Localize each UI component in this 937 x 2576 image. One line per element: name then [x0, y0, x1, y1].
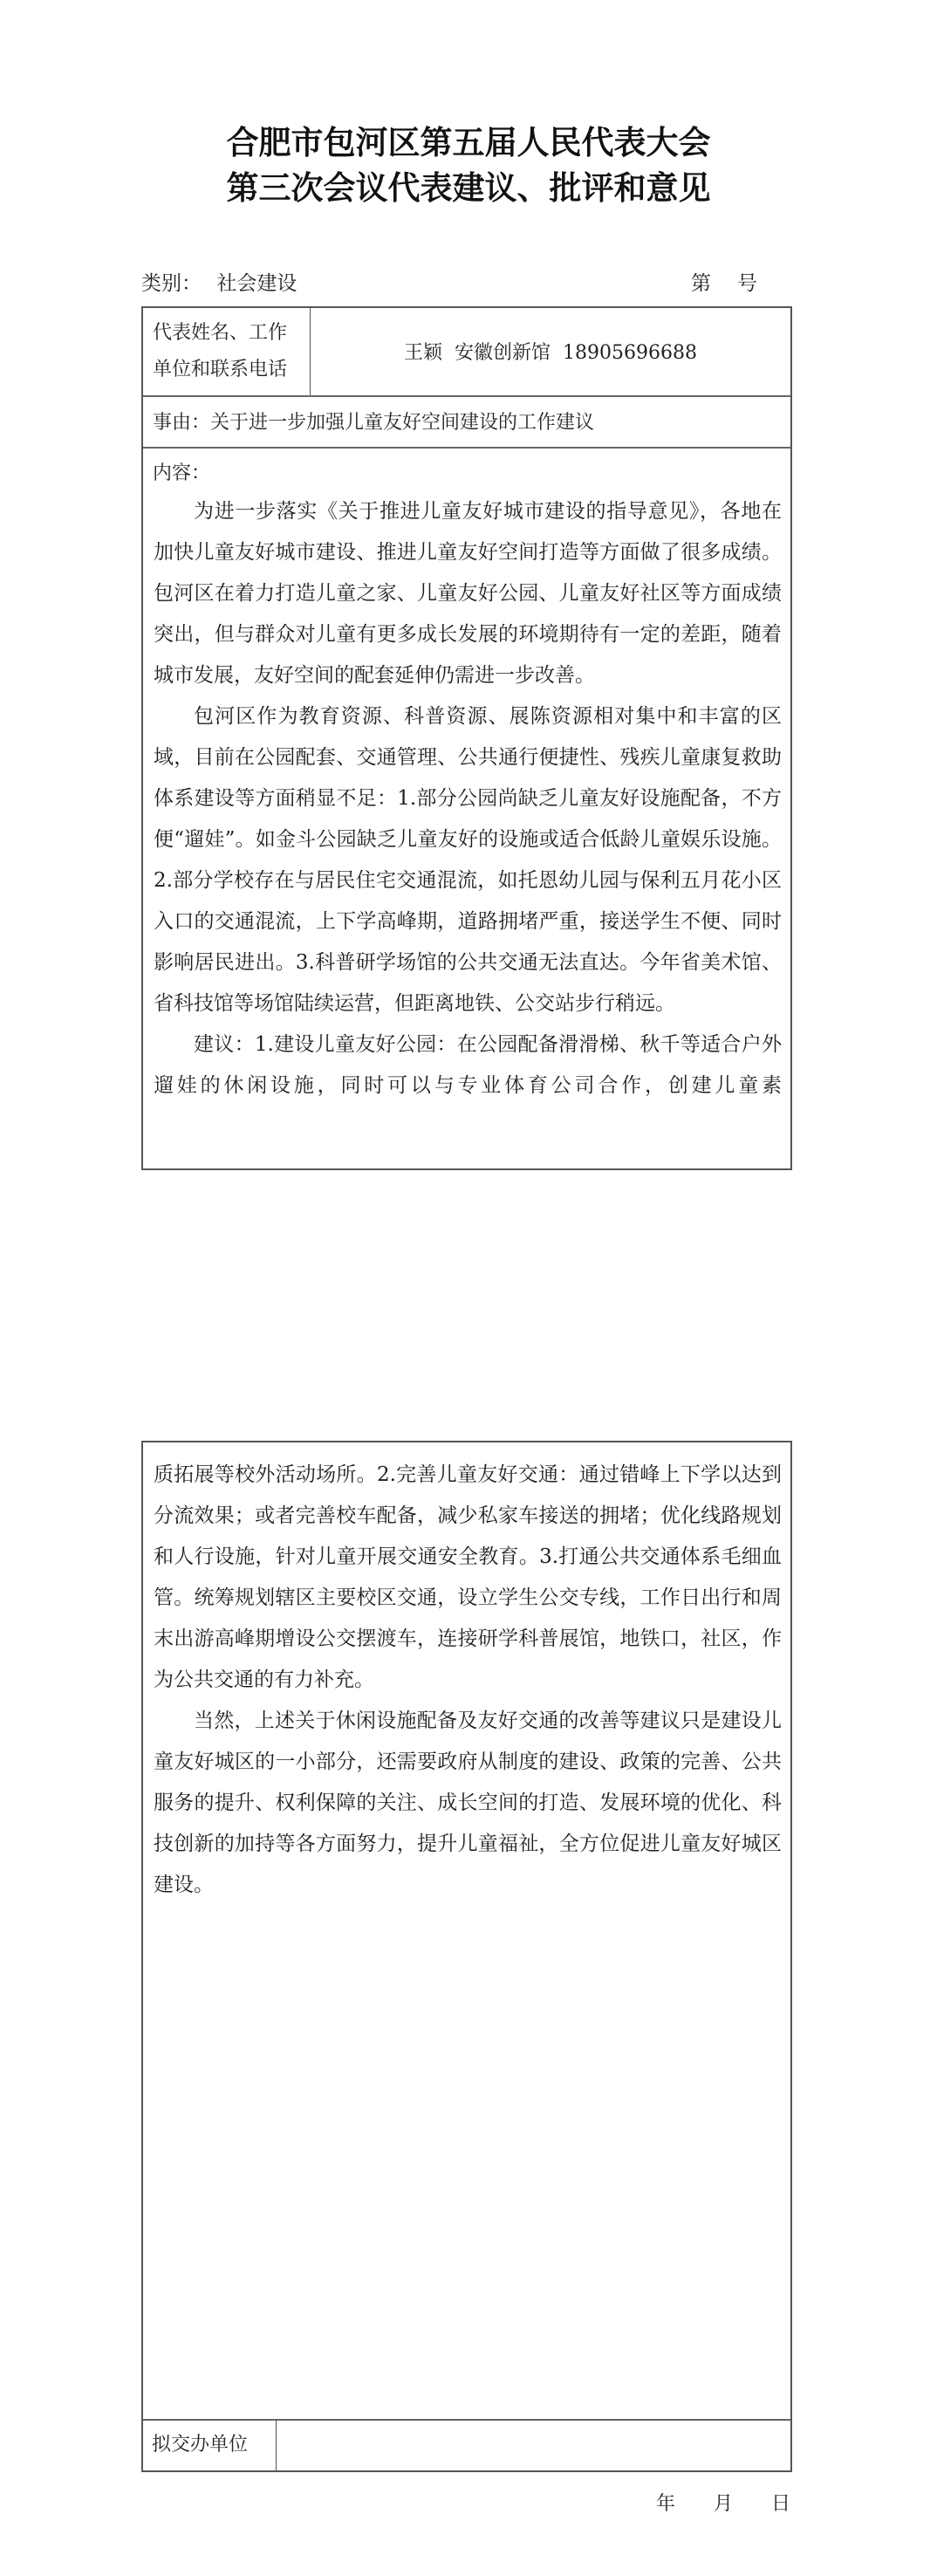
- content-paragraph: 建议：1.建设儿童友好公园：在公园配备滑滑梯、秋千等适合户外遛娃的休闲设施，同时…: [154, 1024, 782, 1106]
- row-divider: [143, 447, 790, 449]
- handling-unit-label: 拟交办单位: [152, 2429, 248, 2462]
- content-body-page2: 质拓展等校外活动场所。2.完善儿童友好交通：通过错峰上下学以达到分流效果；或者完…: [154, 1455, 782, 1906]
- row-divider: [143, 395, 790, 397]
- subject-value: 关于进一步加强儿童友好空间建设的工作建议: [210, 412, 594, 434]
- number-prefix: 第: [691, 272, 711, 295]
- content-paragraph: 包河区作为教育资源、科普资源、展陈资源相对集中和丰富的区域，目前在公园配套、交通…: [154, 696, 782, 1024]
- subject-label: 事由：: [153, 412, 210, 434]
- content-paragraph: 质拓展等校外活动场所。2.完善儿童友好交通：通过错峰上下学以达到分流效果；或者完…: [154, 1455, 782, 1701]
- representative-value: 王颖 安徽创新馆 18905696688: [311, 338, 790, 365]
- proposal-form-page1: 代表姓名、工作 单位和联系电话 王颖 安徽创新馆 18905696688 事由：…: [141, 306, 792, 1170]
- date-line: 年月日: [656, 2489, 790, 2516]
- number-suffix: 号: [737, 272, 757, 295]
- document-number-field: 第号: [691, 267, 796, 296]
- category-value: 社会建设: [216, 272, 297, 295]
- representative-label-line2: 单位和联系电话: [153, 353, 310, 387]
- proposal-form-page2: 质拓展等校外活动场所。2.完善儿童友好交通：通过错峰上下学以达到分流效果；或者完…: [141, 1441, 792, 2472]
- representative-label: 代表姓名、工作 单位和联系电话: [153, 317, 310, 387]
- year-label: 年: [656, 2493, 675, 2515]
- document-title-line1: 合肥市包河区第五届人民代表大会: [0, 116, 937, 163]
- month-label: 月: [714, 2493, 733, 2515]
- column-divider: [276, 2420, 277, 2472]
- category-label: 类别：: [141, 272, 202, 295]
- content-label: 内容：: [153, 458, 210, 485]
- day-label: 日: [771, 2493, 790, 2515]
- document-title-line2: 第三次会议代表建议、批评和意见: [0, 161, 937, 209]
- subject-field: 事由：关于进一步加强儿童友好空间建设的工作建议: [153, 408, 594, 435]
- category-field: 类别： 社会建设: [141, 267, 297, 296]
- content-body-page1: 为进一步落实《关于推进儿童友好城市建设的指导意见》，各地在加快儿童友好城市建设、…: [154, 491, 782, 1106]
- representative-label-line1: 代表姓名、工作: [153, 317, 310, 350]
- row-divider: [143, 2419, 790, 2421]
- content-paragraph: 为进一步落实《关于推进儿童友好城市建设的指导意见》，各地在加快儿童友好城市建设、…: [154, 491, 782, 696]
- content-paragraph: 当然，上述关于休闲设施配备及友好交通的改善等建议只是建设儿童友好城区的一小部分，…: [154, 1701, 782, 1906]
